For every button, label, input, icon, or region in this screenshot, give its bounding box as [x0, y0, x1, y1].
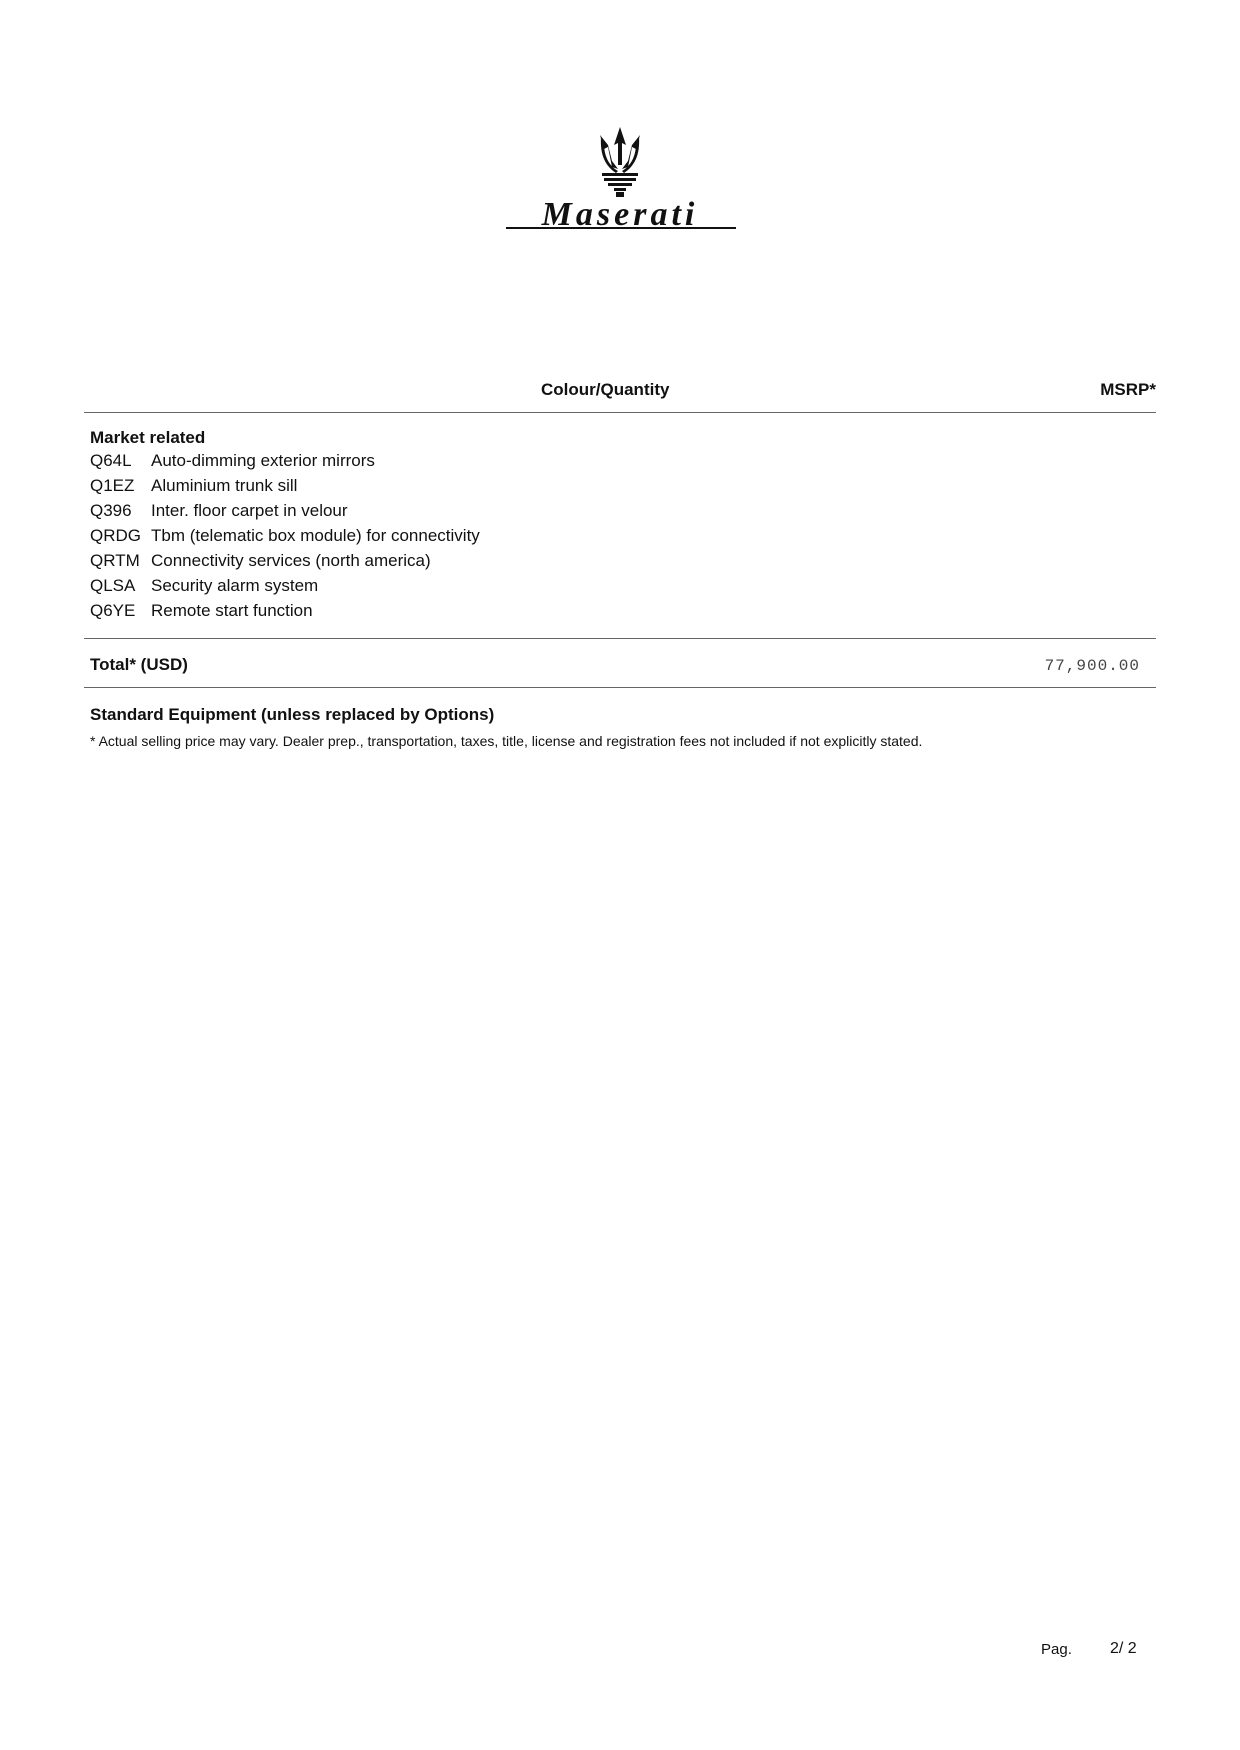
table-row: QRTMConnectivity services (north america…	[90, 548, 431, 573]
option-code: Q396	[90, 498, 151, 523]
option-description: Inter. floor carpet in velour	[151, 501, 348, 520]
option-description: Tbm (telematic box module) for connectiv…	[151, 526, 480, 545]
option-code: Q6YE	[90, 598, 151, 623]
option-code: QRDG	[90, 523, 151, 548]
section-title: Market related	[90, 428, 205, 448]
option-description: Connectivity services (north america)	[151, 551, 431, 570]
page-number: 2/ 2	[1110, 1640, 1137, 1658]
maserati-logo: Maserati	[500, 125, 740, 235]
footnote: * Actual selling price may vary. Dealer …	[90, 733, 922, 749]
option-description: Aluminium trunk sill	[151, 476, 297, 495]
option-code: Q1EZ	[90, 473, 151, 498]
page-label: Pag.	[1041, 1641, 1072, 1658]
total-value: 77,900.00	[1045, 657, 1140, 675]
table-row: Q6YERemote start function	[90, 598, 313, 623]
table-row: Q64LAuto-dimming exterior mirrors	[90, 448, 375, 473]
table-row: QRDGTbm (telematic box module) for conne…	[90, 523, 480, 548]
option-code: Q64L	[90, 448, 151, 473]
option-code: QLSA	[90, 573, 151, 598]
option-description: Security alarm system	[151, 576, 318, 595]
total-label: Total* (USD)	[90, 655, 188, 675]
column-header-msrp: MSRP*	[1100, 380, 1156, 400]
table-row: Q1EZAluminium trunk sill	[90, 473, 297, 498]
option-description: Remote start function	[151, 601, 313, 620]
divider	[84, 638, 1156, 639]
table-row: QLSASecurity alarm system	[90, 573, 318, 598]
divider	[84, 412, 1156, 413]
option-description: Auto-dimming exterior mirrors	[151, 451, 375, 470]
option-code: QRTM	[90, 548, 151, 573]
standard-equipment-title: Standard Equipment (unless replaced by O…	[90, 705, 494, 725]
maserati-trident-icon: Maserati	[500, 125, 740, 235]
divider	[84, 687, 1156, 688]
table-row: Q396Inter. floor carpet in velour	[90, 498, 348, 523]
column-header-colour-quantity: Colour/Quantity	[541, 380, 669, 400]
